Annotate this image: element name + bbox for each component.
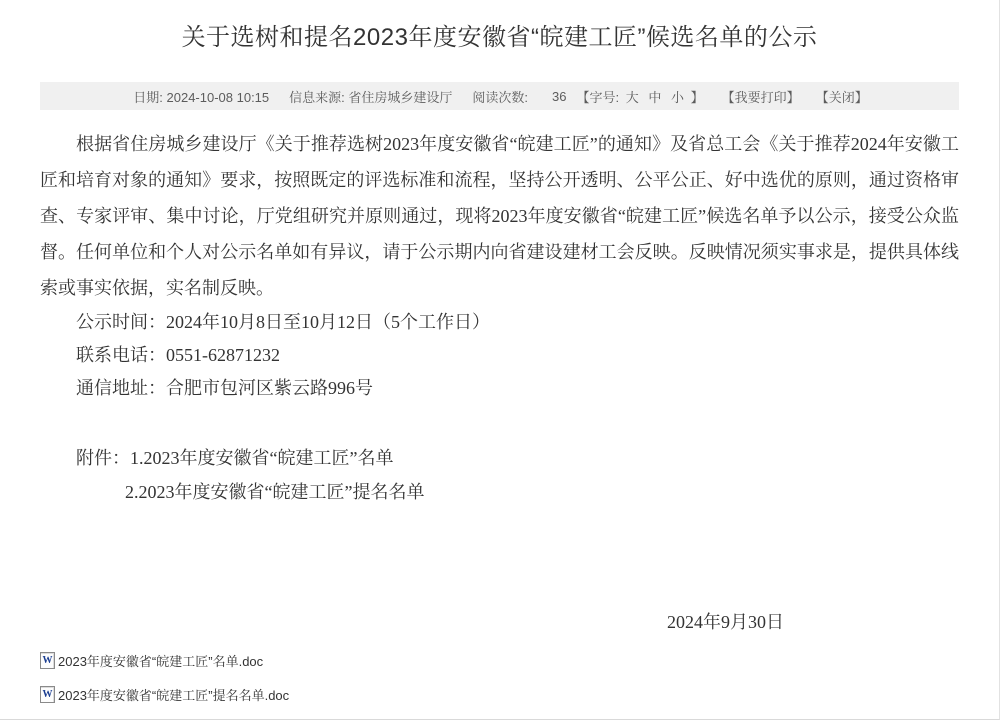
close-button[interactable]: 【关闭】 — [816, 87, 868, 106]
attachment-download-list: W 2023年度安徽省“皖建工匠”名单.doc W 2023年度安徽省“皖建工匠… — [40, 651, 999, 704]
contact-phone-line: 联系电话：0551-62871232 — [40, 339, 959, 372]
font-size-small-button[interactable]: 小 — [671, 90, 684, 105]
attachment-file-name: 2023年度安徽省“皖建工匠”提名名单.doc — [58, 685, 289, 704]
font-size-prefix: 【字号: — [576, 90, 619, 105]
publish-date: 日期: 2024-10-08 10:15 — [133, 87, 269, 106]
word-doc-icon: W — [40, 686, 55, 703]
info-source: 信息来源: 省住房城乡建设厅 — [289, 87, 452, 106]
main-paragraph: 根据省住房城乡建设厅《关于推荐选树2023年度安徽省“皖建工匠”的通知》及省总工… — [40, 126, 959, 306]
publicity-time-line: 公示时间：2024年10月8日至10月12日（5个工作日） — [40, 306, 959, 339]
notice-page: 关于选树和提名2023年度安徽省“皖建工匠”候选名单的公示 日期: 2024-1… — [0, 0, 1000, 720]
word-doc-icon: W — [40, 652, 55, 669]
font-size-large-button[interactable]: 大 — [626, 90, 639, 105]
views-label: 阅读次数: — [472, 87, 528, 106]
attachment-download-link-1[interactable]: W 2023年度安徽省“皖建工匠”名单.doc — [40, 651, 263, 670]
attachment-inline-item-1: 附件：1.2023年度安徽省“皖建工匠”名单 — [40, 441, 959, 475]
print-button[interactable]: 【我要打印】 — [722, 87, 800, 106]
views-count: 36 — [552, 89, 566, 104]
attachment-inline-item-2: 2.2023年度安徽省“皖建工匠”提名名单 — [40, 475, 959, 509]
attachment-download-link-2[interactable]: W 2023年度安徽省“皖建工匠”提名名单.doc — [40, 685, 289, 704]
attachment-file-name: 2023年度安徽省“皖建工匠”名单.doc — [58, 651, 263, 670]
mailing-address-line: 通信地址：合肥市包河区紫云路996号 — [40, 372, 959, 405]
page-title: 关于选树和提名2023年度安徽省“皖建工匠”候选名单的公示 — [0, 0, 999, 54]
font-size-control: 【字号: 大 中 小 】 — [576, 87, 703, 106]
meta-bar: 日期: 2024-10-08 10:15 信息来源: 省住房城乡建设厅 阅读次数… — [40, 82, 959, 110]
signature-date: 2024年9月30日 — [40, 605, 959, 639]
article-body: 根据省住房城乡建设厅《关于推荐选树2023年度安徽省“皖建工匠”的通知》及省总工… — [40, 126, 959, 639]
font-size-suffix: 】 — [691, 90, 704, 105]
attachment-list-inline: 附件：1.2023年度安徽省“皖建工匠”名单 2.2023年度安徽省“皖建工匠”… — [40, 441, 959, 509]
font-size-medium-button[interactable]: 中 — [648, 90, 661, 105]
